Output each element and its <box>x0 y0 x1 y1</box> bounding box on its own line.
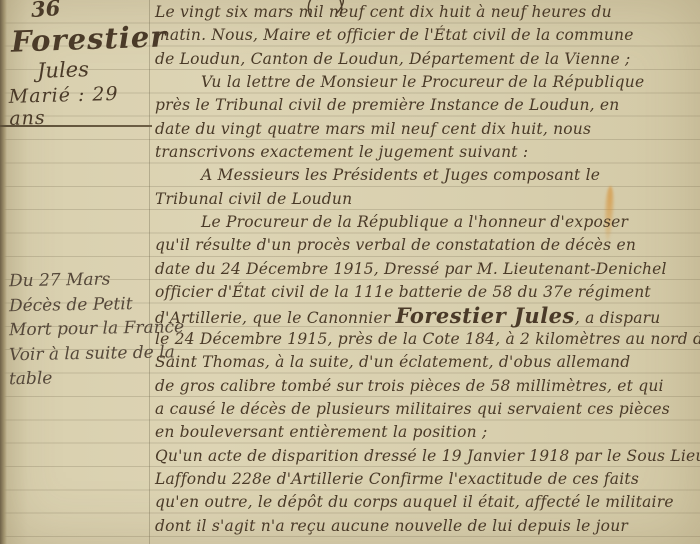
text-line: Laffondu 228e d'Artillerie Confirme l'ex… <box>155 468 698 491</box>
text-line: Vu la lettre de Monsieur le Procureur de… <box>155 71 698 94</box>
deceased-name-emphasis: Forestier Jules <box>396 303 575 328</box>
page-binding-edge <box>0 0 7 544</box>
text-line: Le vingt six mars mil neuf cent dix huit… <box>155 1 698 24</box>
text-line: date du vingt quatre mars mil neuf cent … <box>155 118 698 141</box>
text-line: officier d'État civil de la 111e batteri… <box>155 281 698 304</box>
text-line: le 24 Décembre 1915, près de la Cote 184… <box>155 328 698 351</box>
text-line: Le Procureur de la République a l'honneu… <box>155 211 698 234</box>
margin-note-line: Mort pour la France <box>9 316 154 343</box>
text-line: de Loudun, Canton de Loudun, Département… <box>155 48 698 71</box>
margin-note-line: Décès de Petit <box>9 291 154 318</box>
margin-note-line: Du 27 Mars <box>9 267 154 294</box>
text-line: Qu'un acte de disparition dressé le 19 J… <box>155 445 698 468</box>
text-line: dont il s'agit n'a reçu aucune nouvelle … <box>155 515 698 538</box>
text-line: qu'en outre, le dépôt du corps auquel il… <box>155 491 698 514</box>
margin-note-line: table <box>9 365 154 392</box>
deceased-given-name: Jules <box>37 57 90 83</box>
text-line: A Messieurs les Présidents et Juges comp… <box>155 164 698 187</box>
text-line: matin. Nous, Maire et officier de l'État… <box>155 24 698 47</box>
text-before-name: d'Artillerie, que le Canonnier <box>155 309 396 327</box>
text-line: Saint Thomas, à la suite, d'un éclatemen… <box>155 351 698 374</box>
entry-number: 36 <box>30 0 61 22</box>
act-body: Le vingt six mars mil neuf cent dix huit… <box>155 1 698 538</box>
text-line: transcrivons exactement le jugement suiv… <box>155 141 698 164</box>
text-line: Tribunal civil de Loudun <box>155 188 698 211</box>
deceased-surname: Forestier <box>10 19 167 58</box>
text-line: de gros calibre tombé sur trois pièces d… <box>155 375 698 398</box>
text-line: qu'il résulte d'un procès verbal de cons… <box>155 234 698 257</box>
text-line: date du 24 Décembre 1915, Dressé par M. … <box>155 258 698 281</box>
text-line-with-name: d'Artillerie, que le Canonnier Forestier… <box>155 304 698 327</box>
register-page: 36 Forestier Jules Marié : 29 ans Du 27 … <box>0 0 700 544</box>
margin-divider <box>0 125 152 127</box>
text-line: a causé le décès de plusieurs militaires… <box>155 398 698 421</box>
text-after-name: , a disparu <box>575 309 661 327</box>
text-line: en bouleversant entièrement la position … <box>155 421 698 444</box>
text-line: près le Tribunal civil de première Insta… <box>155 94 698 117</box>
marital-status: Marié : 29 ans <box>8 82 149 130</box>
margin-annotation: Du 27 Mars Décès de Petit Mort pour la F… <box>9 268 154 391</box>
margin-note-line: Voir à la suite de la <box>9 340 154 367</box>
